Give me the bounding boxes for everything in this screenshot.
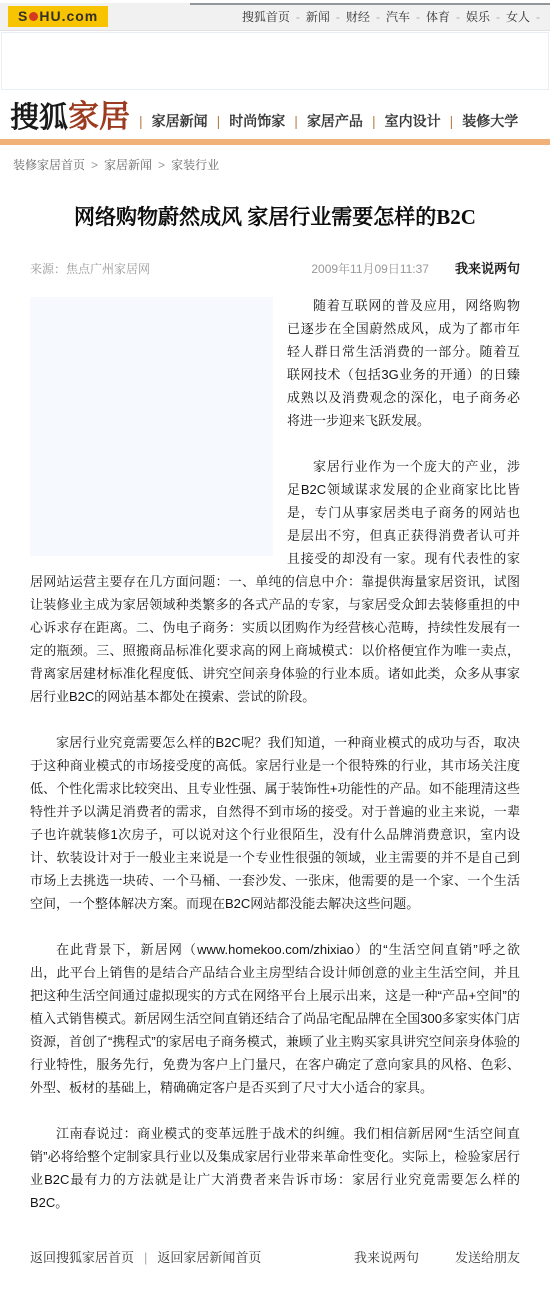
- footer-back-link[interactable]: 返回家居新闻首页: [134, 1247, 261, 1266]
- breadcrumb-link[interactable]: 家装行业: [171, 156, 219, 173]
- topbar-nav-link[interactable]: 搜狐首页: [242, 8, 306, 25]
- logo-text-home: 家居: [68, 99, 130, 134]
- article-paragraph: 江南春说过：商业模式的变革远胜于战术的纠缠。我们相信新居网“生活空间直销”必将给…: [30, 1122, 520, 1214]
- site-nav-link[interactable]: 室内设计: [363, 111, 441, 131]
- topbar-nav-link[interactable]: 娱乐: [466, 8, 506, 25]
- article-datetime: 2009年11月09日11:37: [311, 260, 429, 277]
- topbar-nav-link[interactable]: 新闻: [306, 8, 346, 25]
- article-body: 随着互联网的普及应用，网络购物已逐步在全国蔚然成风，成为了都市年轻人群日常生活消…: [30, 294, 520, 1214]
- topbar: SHU.com 搜狐首页新闻财经汽车体育娱乐女人: [0, 3, 550, 31]
- sohu-logo-text-s: S: [18, 9, 28, 23]
- article-meta-right: 2009年11月09日11:37 我来说两句: [311, 258, 520, 277]
- footer-right-links: 我来说两句 发送给朋友: [354, 1247, 520, 1266]
- article: 网络购物蔚然成风 家居行业需要怎样的B2C 来源：焦点广州家居网 2009年11…: [0, 204, 550, 1214]
- breadcrumb-link[interactable]: 家居新闻: [104, 156, 171, 173]
- ad-banner: [1, 32, 549, 90]
- topbar-nav-link[interactable]: 财经: [346, 8, 386, 25]
- footer-comment-link[interactable]: 我来说两句: [354, 1247, 419, 1266]
- topbar-nav-link[interactable]: 女人: [506, 8, 546, 25]
- footer-left-links: 返回搜狐家居首页返回家居新闻首页: [30, 1247, 261, 1266]
- article-source: 来源：焦点广州家居网: [30, 260, 150, 277]
- sohu-home-logo[interactable]: 搜狐家居: [10, 101, 130, 133]
- sohu-com-logo[interactable]: SHU.com: [8, 6, 108, 27]
- footer-send-link[interactable]: 发送给朋友: [455, 1247, 520, 1266]
- topbar-nav-link[interactable]: 汽车: [386, 8, 426, 25]
- site-nav-link[interactable]: 家居新闻: [130, 111, 208, 131]
- sohu-fox-dot-icon: [29, 12, 38, 21]
- breadcrumb: 装修家居首页家居新闻家装行业: [0, 145, 550, 179]
- article-meta: 来源：焦点广州家居网 2009年11月09日11:37 我来说两句: [30, 258, 520, 277]
- top-hairline: [190, 3, 550, 5]
- topbar-nav: 搜狐首页新闻财经汽车体育娱乐女人: [242, 8, 546, 25]
- article-paragraph: 家居行业究竟需要怎么样的B2C呢？我们知道，一种商业模式的成功与否，取决于这种商…: [30, 731, 520, 915]
- site-header: 搜狐家居 家居新闻时尚饰家家居产品室内设计装修大学: [0, 94, 550, 139]
- sohu-logo-text-rest: HU.com: [39, 9, 98, 23]
- site-nav-link[interactable]: 家居产品: [285, 111, 363, 131]
- page-footer: 返回搜狐家居首页返回家居新闻首页 我来说两句 发送给朋友: [0, 1237, 550, 1292]
- comment-link[interactable]: 我来说两句: [455, 258, 520, 277]
- footer-back-link[interactable]: 返回搜狐家居首页: [30, 1247, 134, 1266]
- article-title: 网络购物蔚然成风 家居行业需要怎样的B2C: [30, 204, 520, 231]
- article-image-placeholder: [30, 297, 273, 556]
- site-nav-link[interactable]: 时尚饰家: [208, 111, 286, 131]
- site-nav: 家居新闻时尚饰家家居产品室内设计装修大学: [130, 111, 518, 131]
- site-nav-link[interactable]: 装修大学: [441, 111, 519, 131]
- breadcrumb-link[interactable]: 装修家居首页: [13, 156, 104, 173]
- logo-text-sohu: 搜狐: [10, 102, 68, 134]
- article-paragraph: 在此背景下，新居网（www.homekoo.com/zhixiao）的“生活空间…: [30, 938, 520, 1099]
- topbar-nav-link[interactable]: 体育: [426, 8, 466, 25]
